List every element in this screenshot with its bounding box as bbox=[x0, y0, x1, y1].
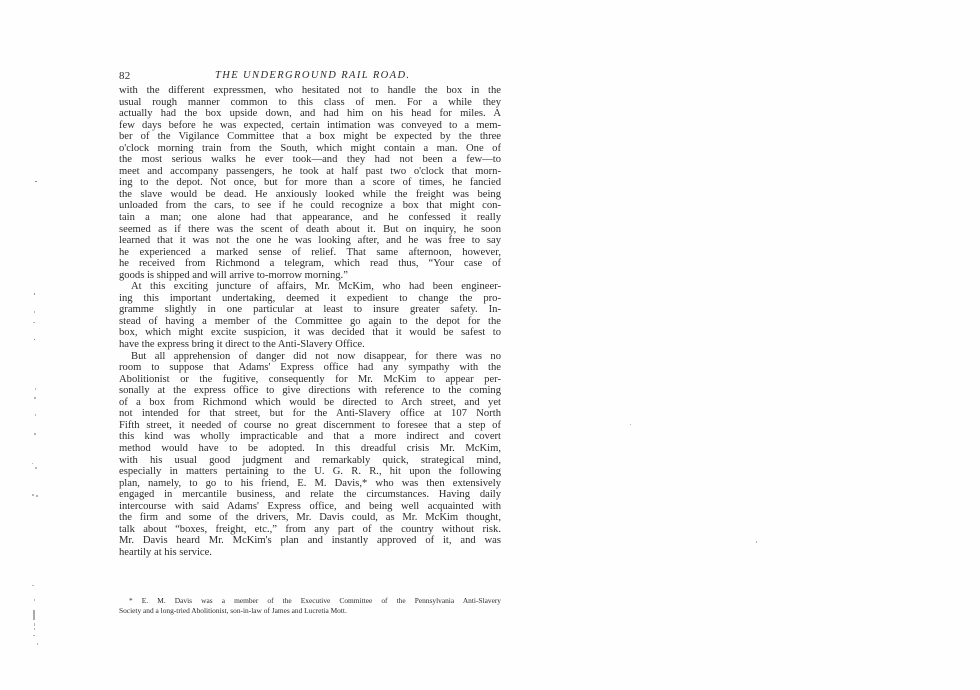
text-line: the slave would be dead. He anxiously lo… bbox=[119, 189, 501, 201]
text-line: with his usual good judgment and remarka… bbox=[119, 455, 501, 467]
scan-speck bbox=[32, 585, 34, 586]
scan-speck bbox=[756, 541, 757, 543]
scan-speck bbox=[34, 339, 35, 340]
text-line: method would have to be adopted. In this… bbox=[119, 443, 501, 455]
text-line-paragraph-end: have the express bring it direct to the … bbox=[119, 339, 501, 351]
running-head: 82 THE UNDERGROUND RAIL ROAD. bbox=[119, 69, 501, 83]
text-line: with the different expressmen, who hesit… bbox=[119, 85, 501, 97]
scan-speck bbox=[34, 433, 36, 435]
body-text: with the different expressmen, who hesit… bbox=[119, 85, 501, 558]
scan-speck bbox=[36, 495, 38, 497]
scan-speck bbox=[34, 623, 35, 626]
text-line: gramme slightly in one particular at lea… bbox=[119, 304, 501, 316]
text-line: especially in matters pertaining to the … bbox=[119, 466, 501, 478]
text-line: ing this important undertaking, deemed i… bbox=[119, 293, 501, 305]
scan-speck bbox=[33, 635, 35, 636]
text-line: meet and accompany passengers, he took a… bbox=[119, 166, 501, 178]
text-line: he experienced a marked sense of relief.… bbox=[119, 247, 501, 259]
text-line: few days before he was expected, certain… bbox=[119, 120, 501, 132]
text-line: tain a man; one alone had that appearanc… bbox=[119, 212, 501, 224]
text-line: Abolitionist or the fugitive, consequent… bbox=[119, 374, 501, 386]
footnote: * E. M. Davis was a member of the Execut… bbox=[119, 596, 501, 615]
scan-speck bbox=[33, 322, 35, 323]
scan-speck bbox=[32, 463, 33, 464]
text-line-paragraph-end: heartily at his service. bbox=[119, 547, 501, 559]
scan-speck bbox=[35, 388, 36, 390]
text-line: this kind was wholly impracticable and t… bbox=[119, 431, 501, 443]
scan-speck bbox=[33, 610, 35, 620]
running-title: THE UNDERGROUND RAIL ROAD. bbox=[215, 69, 410, 83]
text-line: Mr. Davis heard Mr. McKim's plan and ins… bbox=[119, 535, 501, 547]
scan-speck bbox=[37, 643, 38, 645]
text-line: o'clock morning train from the South, wh… bbox=[119, 143, 501, 155]
text-line: of a box from Richmond which would be di… bbox=[119, 397, 501, 409]
text-line: talk about “boxes, freight, etc.,” from … bbox=[119, 524, 501, 536]
text-line: actually had the box upside down, and ha… bbox=[119, 108, 501, 120]
text-line: learned that it was not the one he was l… bbox=[119, 235, 501, 247]
scan-speck bbox=[35, 467, 37, 469]
text-line: ber of the Vigilance Committee that a bo… bbox=[119, 131, 501, 143]
text-line: box, which might excite suspicion, it wa… bbox=[119, 327, 501, 339]
scan-speck bbox=[35, 414, 36, 416]
text-line: he received from Richmond a telegram, wh… bbox=[119, 258, 501, 270]
text-line: usual rough manner common to this class … bbox=[119, 97, 501, 109]
scan-speck bbox=[34, 311, 35, 313]
scan-speck bbox=[630, 424, 631, 425]
text-line: room to suppose that Adams' Express offi… bbox=[119, 362, 501, 374]
footnote-line: Society and a long-tried Abolitionist, s… bbox=[119, 606, 501, 616]
page-number: 82 bbox=[119, 69, 131, 83]
text-line: stead of having a member of the Committe… bbox=[119, 316, 501, 328]
text-line: not intended for that street, but for th… bbox=[119, 408, 501, 420]
scan-speck bbox=[34, 599, 35, 601]
scan-speck bbox=[35, 181, 37, 182]
text-line: engaged in mercantile business, and rela… bbox=[119, 489, 501, 501]
text-line: the firm and some of the drivers, Mr. Da… bbox=[119, 512, 501, 524]
scan-speck bbox=[34, 293, 35, 295]
scanned-book-page: 82 THE UNDERGROUND RAIL ROAD. with the d… bbox=[0, 0, 980, 690]
text-line: the most serious walks he ever took—and … bbox=[119, 154, 501, 166]
scan-speck bbox=[32, 494, 34, 496]
text-line: intercourse with said Adams' Express off… bbox=[119, 501, 501, 513]
text-line: ing to the depot. Not once, but for more… bbox=[119, 177, 501, 189]
scan-speck bbox=[34, 397, 36, 399]
footnote-line: * E. M. Davis was a member of the Execut… bbox=[119, 596, 501, 606]
text-line: sonally at the express office to give di… bbox=[119, 385, 501, 397]
text-line-paragraph-start: At this exciting juncture of affairs, Mr… bbox=[119, 281, 501, 293]
text-line-paragraph-start: But all apprehension of danger did not n… bbox=[119, 351, 501, 363]
text-line: unloaded from the cars, to see if he cou… bbox=[119, 200, 501, 212]
text-line: Fifth street, it needed of course no gre… bbox=[119, 420, 501, 432]
scan-speck bbox=[34, 628, 35, 630]
text-line: plan, namely, to go to his friend, E. M.… bbox=[119, 478, 501, 490]
text-line: seemed as if there was the scent of deat… bbox=[119, 224, 501, 236]
text-line-paragraph-end: goods is shipped and will arrive to-morr… bbox=[119, 270, 501, 282]
